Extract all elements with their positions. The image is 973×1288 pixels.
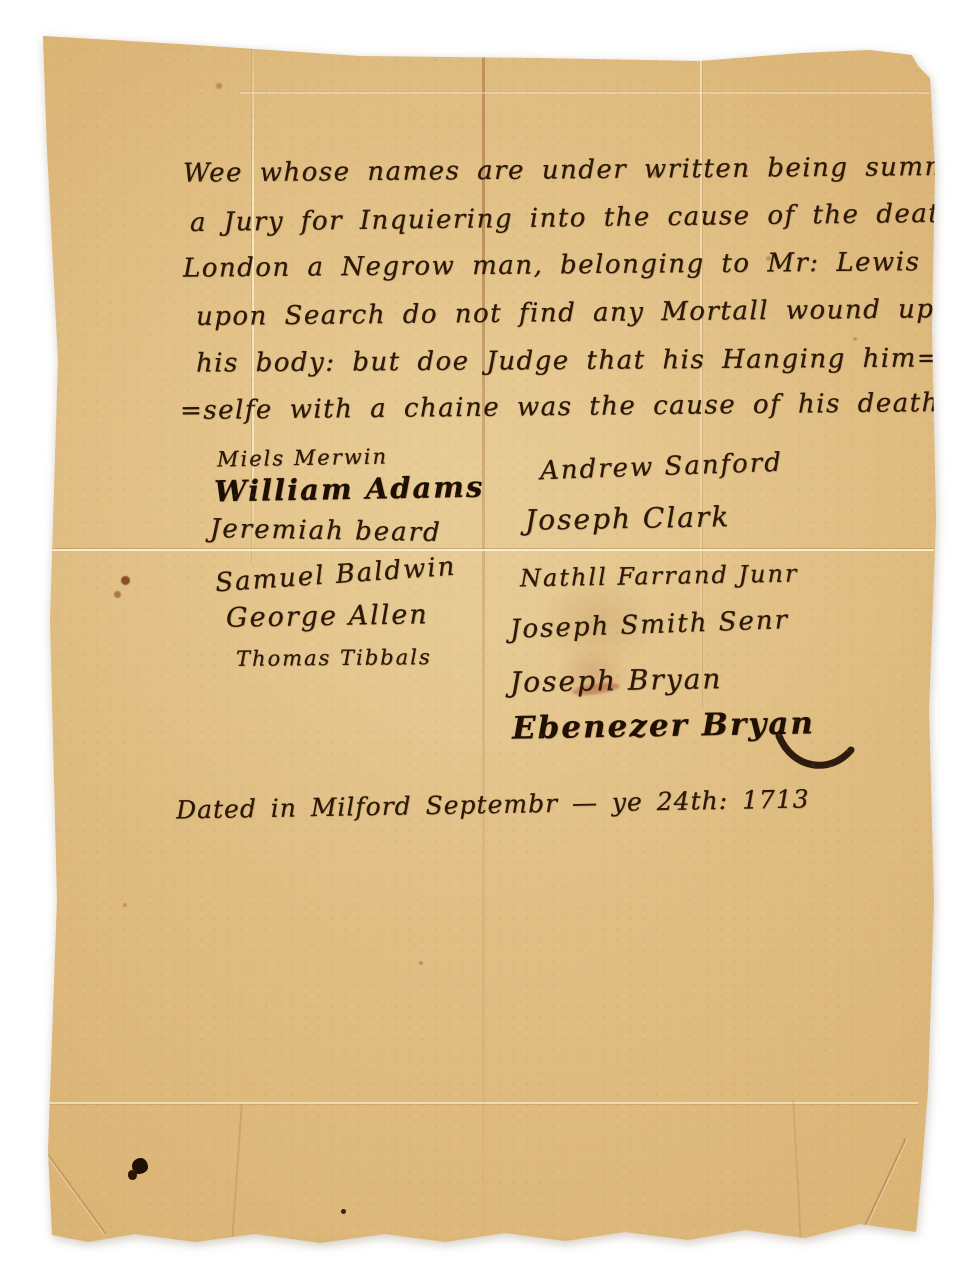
lower-horizontal-fold [48, 1102, 918, 1104]
signature: Joseph Clark [525, 500, 731, 537]
signature: Thomas Tibbals [236, 645, 432, 671]
signature-flourish [775, 730, 857, 776]
manuscript-line: upon Search do not find any Mortall woun… [196, 294, 970, 332]
scanned-document: Wee whose names are under written being … [0, 0, 973, 1288]
signature: Joseph Bryan [510, 662, 723, 699]
dateline: Dated in Milford Septembr — ye 24th: 171… [176, 784, 810, 824]
foxing-spot [419, 961, 423, 965]
signature: Ebenezer Bryan [512, 705, 816, 746]
bottom-right-dogear-crease [859, 1138, 906, 1237]
bottom-left-dogear-crease [42, 1147, 107, 1235]
signature: Samuel Baldwin [214, 552, 457, 599]
manuscript-paper: Wee whose names are under written being … [0, 0, 973, 1288]
signature: Andrew Sanford [540, 448, 784, 486]
signature: Miels Merwin [217, 445, 388, 472]
rust-spot [121, 576, 130, 585]
small-ink-dot [341, 1209, 346, 1214]
middle-horizontal-fold [46, 548, 934, 551]
top-horizontal-crease [240, 92, 930, 94]
manuscript-line: =selfe with a chaine was the cause of hi… [180, 388, 950, 426]
signature: William Adams [214, 470, 485, 509]
foxing-spot [123, 903, 127, 907]
signature: George Allen [226, 599, 429, 634]
signature: Joseph Smith Senr [510, 605, 790, 645]
foxing-spot [853, 337, 857, 341]
bottom-right-crease [792, 1100, 801, 1240]
signature: Jeremiah beard [210, 514, 442, 548]
signature: Nathll Farrand Junr [520, 560, 799, 593]
manuscript-line: London a Negrow man, belonging to Mr: Le… [183, 246, 973, 283]
manuscript-line: his body: but doe Judge that his Hanging… [196, 343, 940, 378]
paper-shadow: Wee whose names are under written being … [0, 0, 973, 1288]
ink-blot [132, 1158, 148, 1174]
manuscript-line: Wee whose names are under written being … [183, 151, 973, 188]
foxing-spot [216, 83, 222, 89]
rust-spot-small [114, 591, 121, 598]
bottom-center-crease [231, 1104, 242, 1240]
manuscript-line: a Jury for Inquiering into the cause of … [190, 198, 973, 238]
